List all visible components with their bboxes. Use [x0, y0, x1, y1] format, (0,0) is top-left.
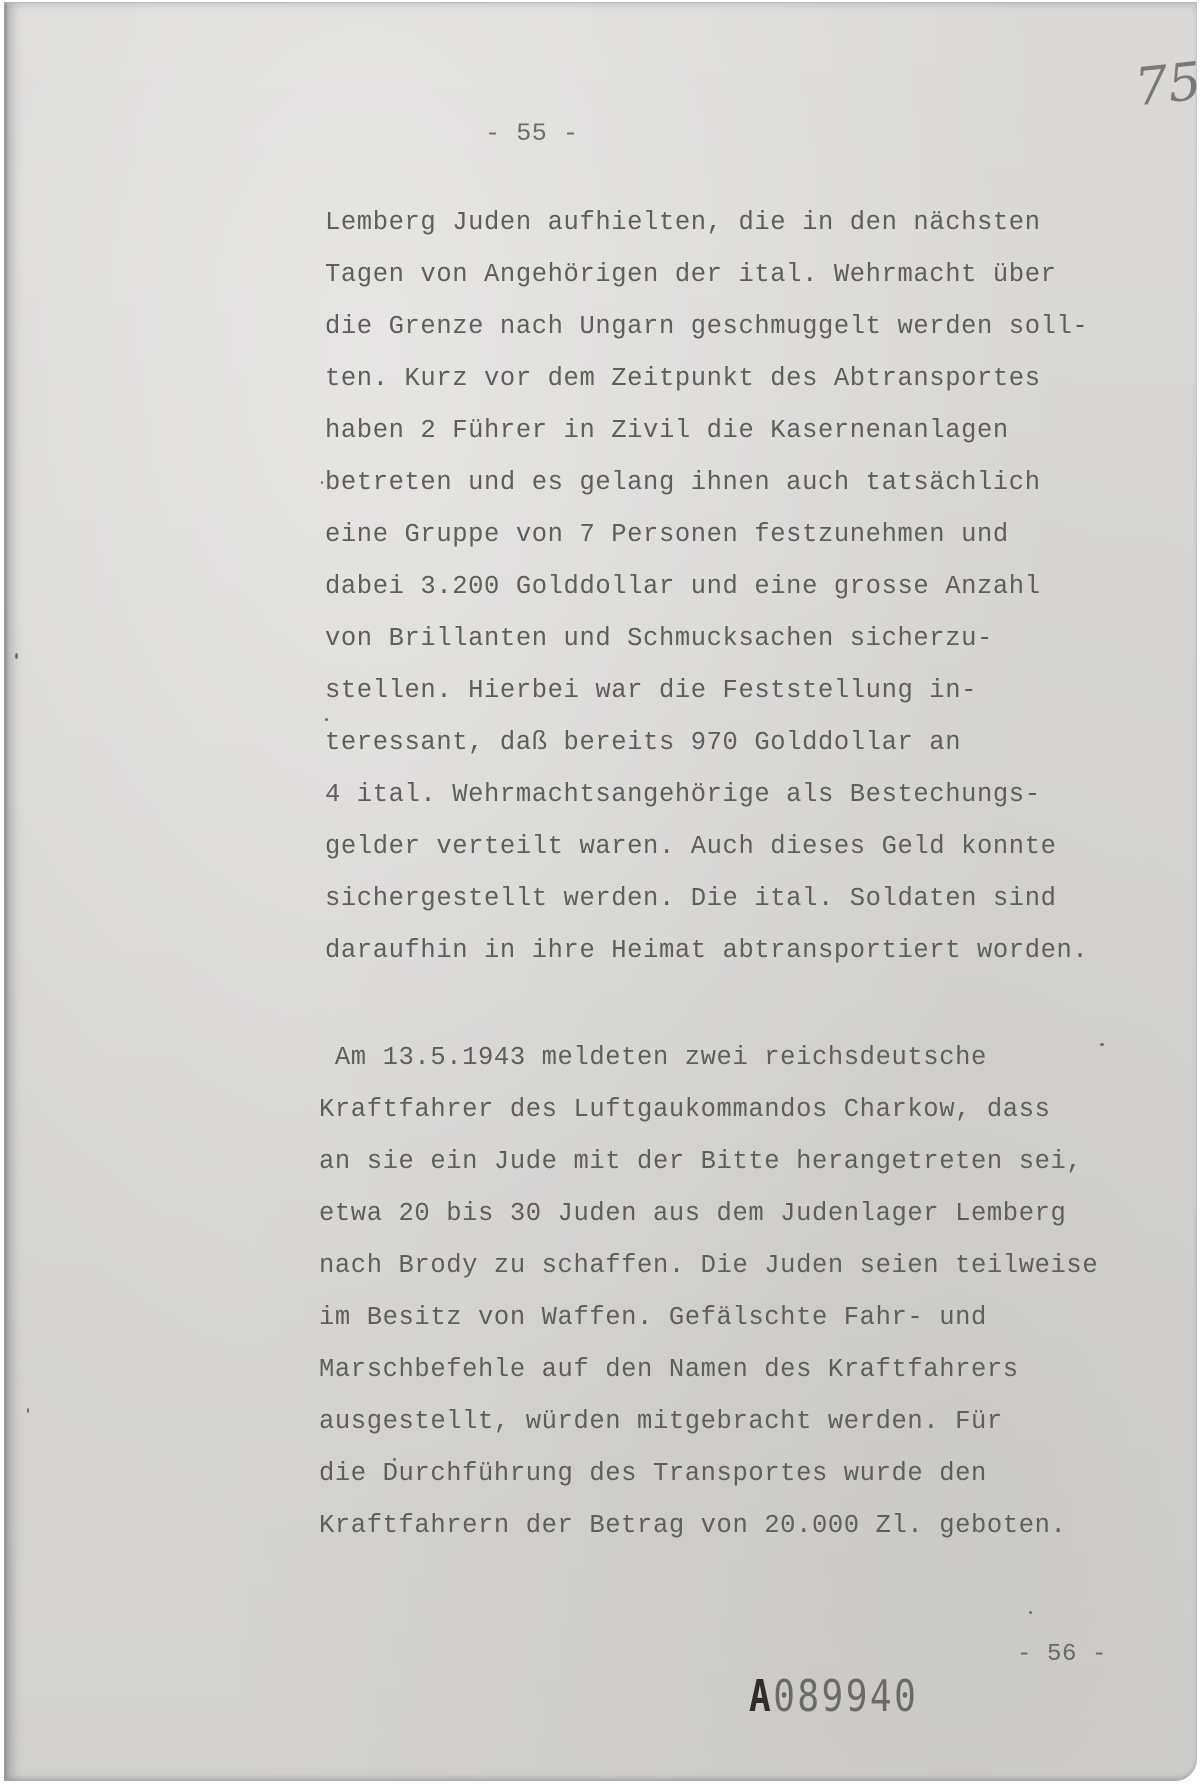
text-line: haben 2 Führer in Zivil die Kasernenanla…	[325, 416, 1009, 445]
paper-speck	[321, 481, 323, 484]
text-line: die Grenze nach Ungarn geschmuggelt werd…	[325, 312, 1088, 341]
text-line: ten. Kurz vor dem Zeitpunkt des Abtransp…	[325, 364, 1041, 393]
text-line: von Brillanten und Schmucksachen sicherz…	[325, 624, 993, 653]
archive-stamp-number: 089940	[773, 1671, 918, 1722]
paper-speck	[393, 1458, 396, 1461]
text-line: dabei 3.200 Golddollar und eine grosse A…	[325, 572, 1041, 601]
text-line: 4 ital. Wehrmachtsangehörige als Bestech…	[325, 780, 1041, 809]
text-line: ausgestellt, würden mitgebracht werden. …	[319, 1407, 1003, 1436]
archive-stamp-prefix: A	[749, 1671, 773, 1722]
text-line: betreten und es gelang ihnen auch tatsäc…	[325, 468, 1041, 497]
text-line: im Besitz von Waffen. Gefälschte Fahr- u…	[319, 1303, 987, 1332]
text-line: daraufhin in ihre Heimat abtransportiert…	[325, 936, 1088, 965]
text-line: nach Brody zu schaffen. Die Juden seien …	[319, 1251, 1098, 1280]
page-number: - 55 -	[485, 119, 579, 148]
text-line: Kraftfahrer des Luftgaukommandos Charkow…	[319, 1095, 1051, 1124]
text-line: stellen. Hierbei war die Feststellung in…	[325, 676, 977, 705]
next-page-marker: - 56 -	[1017, 1641, 1107, 1668]
document-page: 75 - 55 - Lemberg Juden aufhielten, die …	[4, 2, 1197, 1781]
text-line: Tagen von Angehörigen der ital. Wehrmach…	[325, 260, 1057, 289]
text-line: teressant, daß bereits 970 Golddollar an	[325, 728, 961, 757]
paper-speck	[1029, 1611, 1032, 1614]
paper-speck	[325, 718, 328, 721]
text-line: etwa 20 bis 30 Juden aus dem Judenlager …	[319, 1199, 1066, 1228]
text-line: gelder verteilt waren. Auch dieses Geld …	[325, 832, 1057, 861]
text-line: sichergestellt werden. Die ital. Soldate…	[325, 884, 1057, 913]
text-line: Marschbefehle auf den Namen des Kraftfah…	[319, 1355, 1019, 1384]
text-line: Kraftfahrern der Betrag von 20.000 Zl. g…	[319, 1511, 1066, 1540]
text-line: die Durchführung des Transportes wurde d…	[319, 1459, 987, 1488]
paper-speck	[27, 1408, 29, 1413]
text-line: eine Gruppe von 7 Personen festzunehmen …	[325, 520, 1009, 549]
archive-stamp: A089940	[749, 1671, 918, 1722]
paper-speck	[1100, 1043, 1104, 1046]
text-line: Lemberg Juden aufhielten, die in den näc…	[325, 208, 1041, 237]
paper-speck	[15, 653, 18, 659]
handwritten-folio-number: 75	[1132, 52, 1200, 119]
text-line: Am 13.5.1943 meldeten zwei reichsdeutsch…	[319, 1043, 987, 1072]
text-line: an sie ein Jude mit der Bitte herangetre…	[319, 1147, 1082, 1176]
